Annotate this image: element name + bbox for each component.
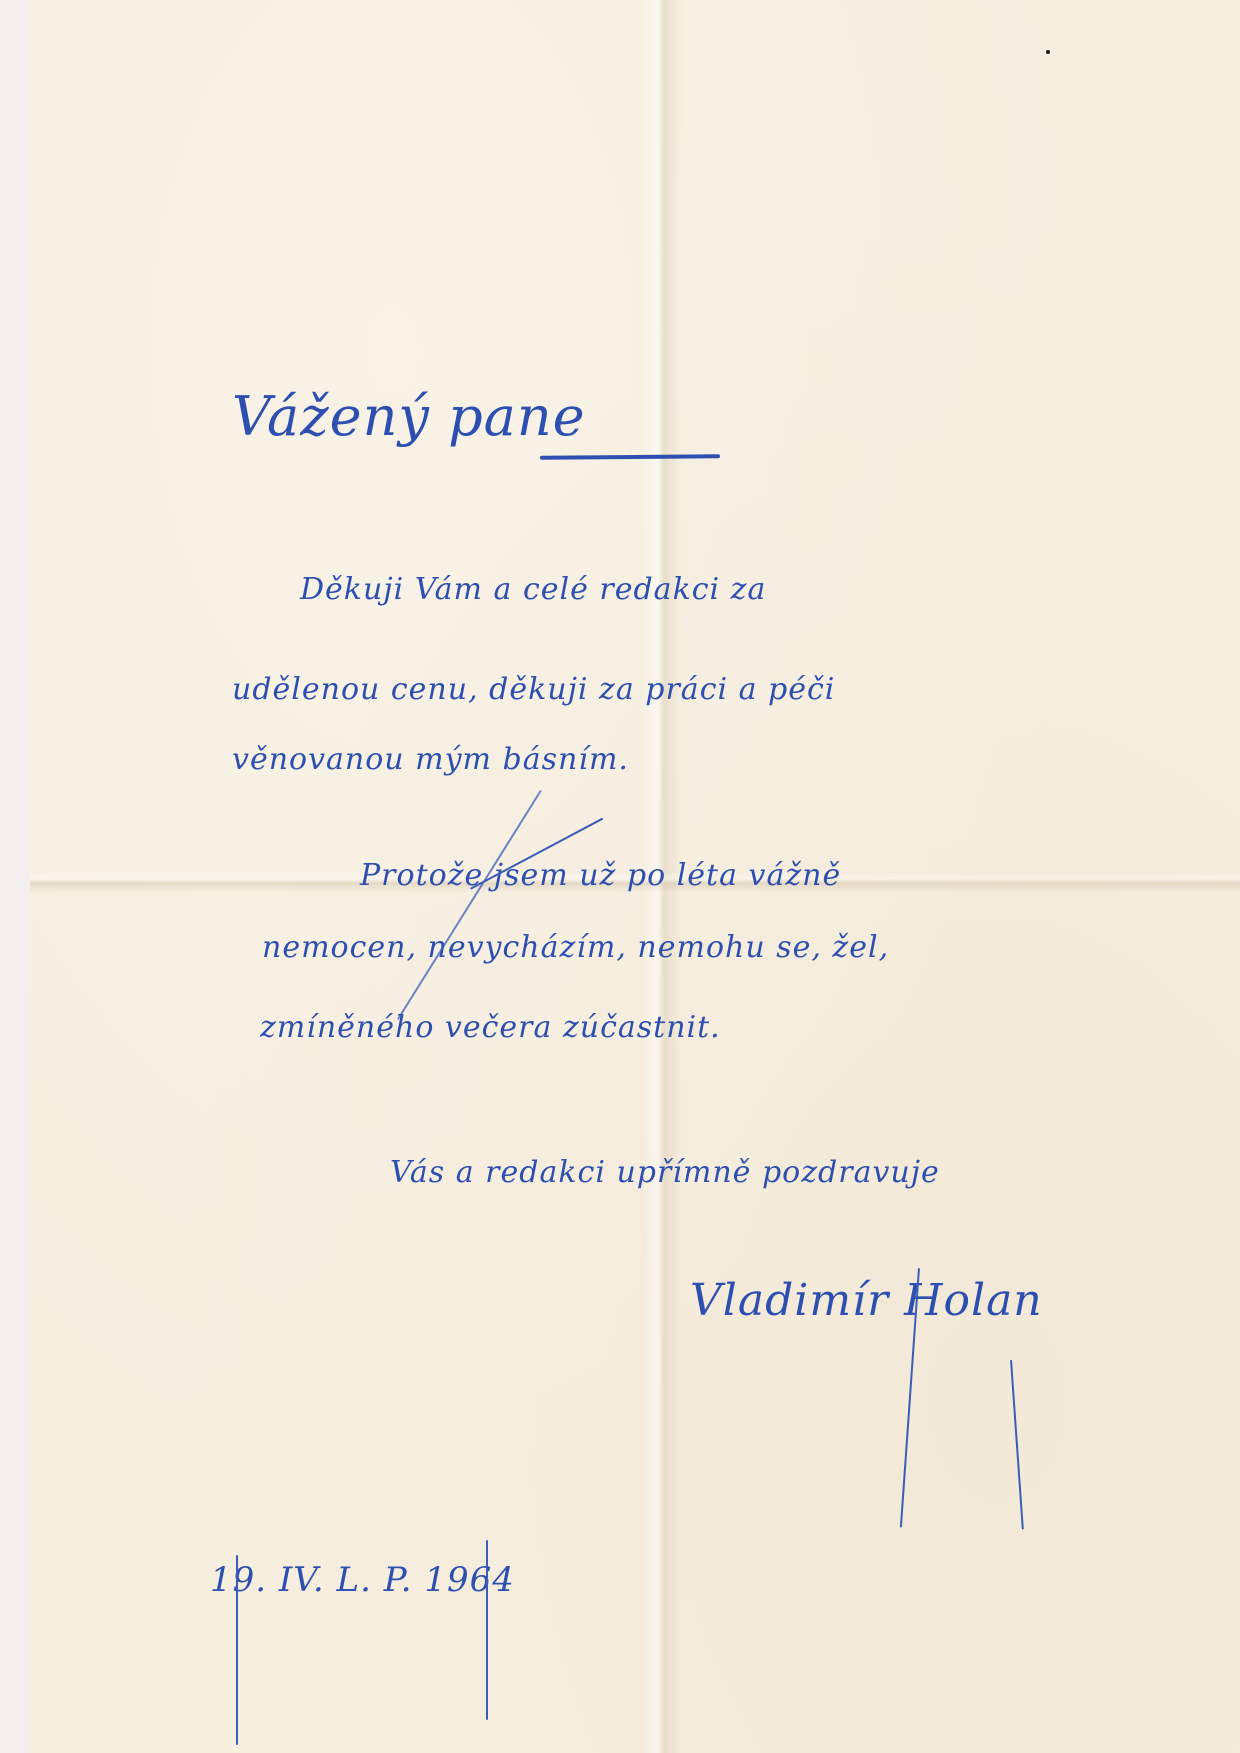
paragraph-1-line-3: věnovanou mým básním. [232,742,629,777]
paragraph-1-line-1: Děkuji Vám a celé redakci za [300,572,766,607]
signature: Vladimír Holan [690,1275,1043,1326]
date-flourish-stroke [486,1540,488,1720]
paragraph-1-line-2: udělenou cenu, děkuji za práci a péči [232,672,835,707]
closing-line: Vás a redakci upřímně pozdravuje [390,1155,940,1190]
paragraph-2-line-3: zmíněného večera zúčastnit. [260,1010,721,1045]
date-flourish-stroke [236,1555,238,1745]
salutation: Vážený pane [232,385,586,448]
paragraph-2-line-2: nemocen, nevycházím, nemohu se, žel, [262,930,889,965]
date: 19. IV. L. P. 1964 [210,1560,515,1600]
ink-speck [1046,50,1050,54]
paragraph-2-line-1: Protože jsem už po léta vážně [360,858,841,893]
